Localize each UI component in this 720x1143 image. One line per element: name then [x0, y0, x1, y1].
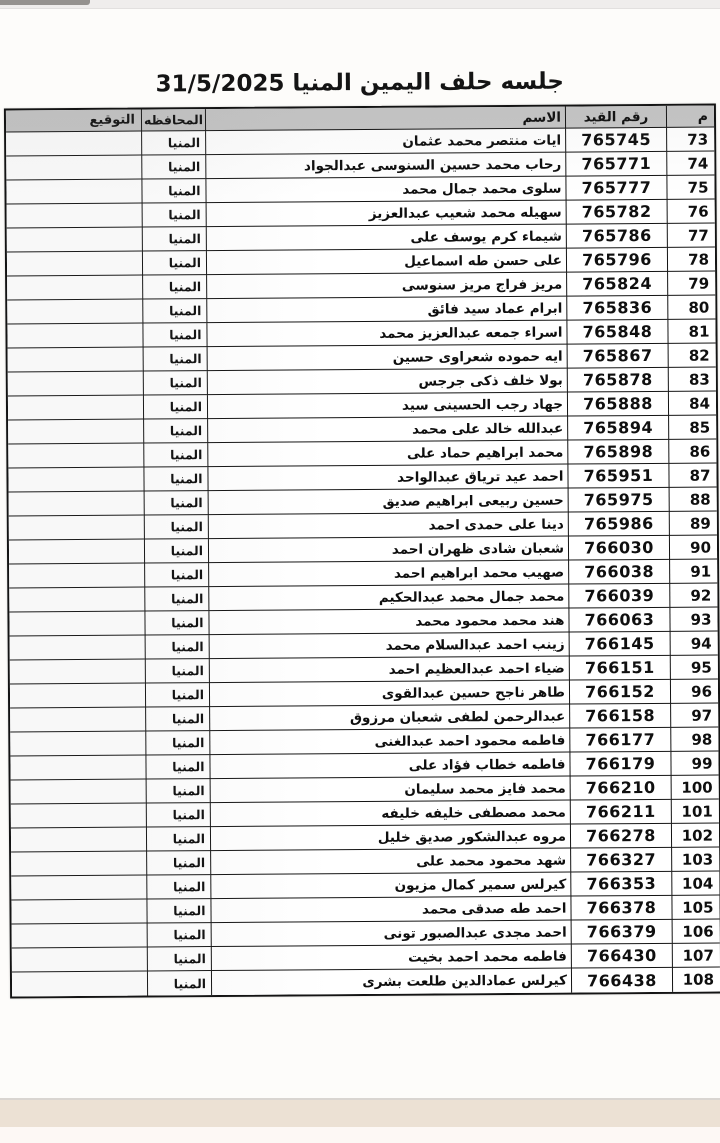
row-name: طاهر ناجح حسين عبدالقوى: [209, 681, 569, 708]
row-governorate: المنيا: [142, 299, 206, 323]
row-signature-cell: [11, 780, 146, 805]
row-governorate: المنيا: [144, 539, 208, 563]
row-name: صهيب محمد ابراهيم احمد: [208, 561, 568, 588]
row-reg-no: 766038: [568, 560, 669, 585]
row-governorate: المنيا: [145, 659, 209, 683]
scan-below-edge: [0, 1127, 720, 1143]
row-index: 84: [668, 392, 716, 416]
row-index: 86: [668, 440, 716, 464]
row-governorate: المنيا: [143, 419, 207, 443]
row-reg-no: 766210: [570, 776, 671, 801]
row-name: كيرلس عمادالدين طلعت بشرى: [211, 969, 571, 996]
row-index: 90: [669, 536, 717, 560]
row-reg-no: 766353: [570, 872, 671, 897]
row-governorate: المنيا: [142, 323, 206, 347]
row-name: عبدالرحمن لطفى شعبان مرزوق: [209, 705, 569, 732]
row-reg-no: 765786: [566, 224, 667, 249]
row-name: محمد مصطفى خليفه خليفه: [210, 801, 570, 828]
row-name: فاطمه محمود احمد عبدالغنى: [209, 729, 569, 756]
row-signature-cell: [9, 612, 144, 637]
row-reg-no: 765894: [567, 416, 668, 441]
row-reg-no: 765878: [567, 368, 668, 393]
row-reg-no: 766063: [568, 608, 669, 633]
row-name: جهاد رجب الحسينى سيد: [207, 393, 567, 420]
row-signature-cell: [10, 684, 145, 709]
row-index: 100: [671, 776, 719, 800]
table-row: 108 766438 كيرلس عمادالدين طلعت بشرى الم…: [12, 968, 720, 997]
row-reg-no: 766278: [570, 824, 671, 849]
table-body: 73 765745 ايات منتصر محمد عثمان المنيا 7…: [6, 128, 720, 997]
row-reg-no: 766379: [571, 920, 672, 945]
header-signature: التوقيع: [6, 110, 141, 133]
row-name: عبدالله خالد على محمد: [207, 417, 567, 444]
row-reg-no: 765888: [567, 392, 668, 417]
row-signature-cell: [6, 156, 141, 181]
row-governorate: المنيا: [146, 851, 210, 875]
row-name: ايه حموده شعراوى حسين: [207, 345, 567, 372]
attendance-table: م رقم القيد الاسم المحافظه التوقيع 73 76…: [4, 104, 720, 999]
row-reg-no: 765848: [566, 320, 667, 345]
row-index: 78: [667, 248, 715, 272]
row-name: فاطمه خطاب فؤاد على: [209, 753, 569, 780]
row-index: 102: [671, 824, 719, 848]
row-signature-cell: [8, 468, 143, 493]
row-name: مروه عبدالشكور صديق خليل: [210, 825, 570, 852]
row-index: 81: [667, 320, 715, 344]
row-governorate: المنيا: [147, 947, 211, 971]
row-governorate: المنيا: [143, 347, 207, 371]
row-index: 85: [668, 416, 716, 440]
row-name: شيماء كرم يوسف على: [206, 225, 566, 252]
row-reg-no: 766327: [570, 848, 671, 873]
row-name: احمد مجدى عبدالصبور تونى: [211, 921, 571, 948]
row-name: محمد جمال محمد عبدالحكيم: [208, 585, 568, 612]
row-reg-no: 765986: [568, 512, 669, 537]
row-index: 75: [666, 176, 714, 200]
row-signature-cell: [9, 564, 144, 589]
row-name: رحاب محمد حسين السنوسى عبدالجواد: [205, 153, 565, 180]
row-governorate: المنيا: [142, 251, 206, 275]
row-reg-no: 765796: [566, 248, 667, 273]
row-index: 104: [671, 872, 719, 896]
row-index: 79: [667, 272, 715, 296]
row-signature-cell: [12, 972, 147, 997]
row-reg-no: 766378: [570, 896, 671, 921]
row-governorate: المنيا: [145, 683, 209, 707]
row-signature-cell: [7, 276, 142, 301]
row-index: 94: [670, 632, 718, 656]
row-index: 88: [669, 488, 717, 512]
row-index: 96: [670, 680, 718, 704]
row-governorate: المنيا: [143, 443, 207, 467]
row-name: هند محمد محمود محمد: [208, 609, 568, 636]
row-index: 107: [672, 944, 720, 968]
row-reg-no: 765975: [568, 488, 669, 513]
row-index: 92: [669, 584, 717, 608]
row-index: 89: [669, 512, 717, 536]
row-governorate: المنيا: [141, 155, 205, 179]
row-index: 105: [671, 896, 719, 920]
row-index: 80: [667, 296, 715, 320]
row-signature-cell: [11, 852, 146, 877]
row-governorate: المنيا: [141, 179, 205, 203]
header-name: الاسم: [205, 107, 565, 132]
row-name: اسراء جمعه عبدالعزيز محمد: [206, 321, 566, 348]
row-reg-no: 765824: [566, 272, 667, 297]
row-reg-no: 765836: [566, 296, 667, 321]
row-index: 95: [670, 656, 718, 680]
row-name: كيرلس سمير كمال مزيون: [210, 873, 570, 900]
document-sheet: جلسه حلف اليمين المنيا 31/5/2025 م رقم ا…: [0, 0, 720, 998]
row-governorate: المنيا: [144, 611, 208, 635]
header-reg-no: رقم القيد: [565, 106, 666, 129]
row-governorate: المنيا: [145, 707, 209, 731]
row-reg-no: 766151: [569, 656, 670, 681]
row-name: ايات منتصر محمد عثمان: [205, 129, 565, 156]
row-index: 93: [669, 608, 717, 632]
row-name: شهد محمود محمد على: [210, 849, 570, 876]
row-index: 108: [672, 968, 720, 992]
row-signature-cell: [9, 588, 144, 613]
row-index: 101: [671, 800, 719, 824]
row-index: 77: [667, 224, 715, 248]
row-index: 74: [666, 152, 714, 176]
row-name: سهيله محمد شعيب عبدالعزيز: [206, 201, 566, 228]
row-governorate: المنيا: [141, 131, 205, 155]
row-index: 97: [670, 704, 718, 728]
row-signature-cell: [7, 228, 142, 253]
row-index: 87: [668, 464, 716, 488]
row-governorate: المنيا: [147, 971, 211, 995]
row-name: سلوى محمد جمال محمد: [205, 177, 565, 204]
row-name: حسين ربيعى ابراهيم صديق: [208, 489, 568, 516]
row-signature-cell: [9, 492, 144, 517]
row-governorate: المنيا: [146, 779, 210, 803]
header-governorate: المحافظه: [141, 109, 205, 131]
row-reg-no: 765898: [567, 440, 668, 465]
row-index: 83: [668, 368, 716, 392]
row-reg-no: 766039: [568, 584, 669, 609]
row-reg-no: 766030: [568, 536, 669, 561]
page-title: جلسه حلف اليمين المنيا 31/5/2025: [0, 67, 720, 98]
row-reg-no: 766145: [569, 632, 670, 657]
row-reg-no: 766158: [569, 704, 670, 729]
row-reg-no: 765771: [565, 152, 666, 177]
row-reg-no: 765782: [566, 200, 667, 225]
row-governorate: المنيا: [144, 563, 208, 587]
row-governorate: المنيا: [142, 203, 206, 227]
row-name: ضياء احمد عبدالعظيم احمد: [209, 657, 569, 684]
row-reg-no: 766430: [571, 944, 672, 969]
row-governorate: المنيا: [147, 923, 211, 947]
row-signature-cell: [9, 540, 144, 565]
row-signature-cell: [9, 516, 144, 541]
row-governorate: المنيا: [143, 467, 207, 491]
row-governorate: المنيا: [146, 827, 210, 851]
row-governorate: المنيا: [142, 275, 206, 299]
row-governorate: المنيا: [144, 515, 208, 539]
row-index: 98: [670, 728, 718, 752]
row-reg-no: 765777: [565, 176, 666, 201]
row-signature-cell: [11, 828, 146, 853]
row-governorate: المنيا: [145, 755, 209, 779]
row-name: دينا على حمدى احمد: [208, 513, 568, 540]
row-reg-no: 766438: [571, 968, 672, 993]
row-index: 103: [671, 848, 719, 872]
row-governorate: المنيا: [146, 899, 210, 923]
row-governorate: المنيا: [143, 371, 207, 395]
header-index: م: [666, 106, 714, 128]
row-name: محمد ابراهيم حماد على: [207, 441, 567, 468]
row-name: مريز فراج مريز سنوسى: [206, 273, 566, 300]
row-reg-no: 766179: [569, 752, 670, 777]
row-signature-cell: [11, 876, 146, 901]
row-governorate: المنيا: [146, 803, 210, 827]
scan-bottom-edge: [0, 1098, 720, 1129]
row-signature-cell: [8, 348, 143, 373]
row-governorate: المنيا: [144, 491, 208, 515]
row-name: ابرام عماد سيد فائق: [206, 297, 566, 324]
row-signature-cell: [10, 732, 145, 757]
row-governorate: المنيا: [143, 395, 207, 419]
row-governorate: المنيا: [144, 587, 208, 611]
row-signature-cell: [10, 636, 145, 661]
row-name: على حسن طه اسماعيل: [206, 249, 566, 276]
row-index: 82: [668, 344, 716, 368]
row-signature-cell: [7, 300, 142, 325]
row-reg-no: 766211: [570, 800, 671, 825]
row-name: فاطمه محمد احمد بخيت: [211, 945, 571, 972]
row-reg-no: 765745: [565, 128, 666, 153]
row-name: شعبان شادى ظهران احمد: [208, 537, 568, 564]
row-governorate: المنيا: [142, 227, 206, 251]
row-signature-cell: [10, 660, 145, 685]
row-name: احمد طه صدقى محمد: [210, 897, 570, 924]
row-signature-cell: [10, 708, 145, 733]
row-signature-cell: [12, 948, 147, 973]
row-index: 99: [670, 752, 718, 776]
row-signature-cell: [10, 756, 145, 781]
row-signature-cell: [7, 252, 142, 277]
row-reg-no: 765867: [567, 344, 668, 369]
row-signature-cell: [11, 900, 146, 925]
row-name: زينب احمد عبدالسلام محمد: [209, 633, 569, 660]
row-signature-cell: [7, 324, 142, 349]
row-signature-cell: [7, 204, 142, 229]
row-index: 106: [672, 920, 720, 944]
row-signature-cell: [8, 372, 143, 397]
row-signature-cell: [8, 444, 143, 469]
row-index: 91: [669, 560, 717, 584]
row-reg-no: 766177: [569, 728, 670, 753]
row-reg-no: 766152: [569, 680, 670, 705]
row-reg-no: 765951: [567, 464, 668, 489]
row-signature-cell: [6, 180, 141, 205]
row-name: بولا خلف ذكى جرجس: [207, 369, 567, 396]
row-signature-cell: [6, 132, 141, 157]
row-index: 76: [667, 200, 715, 224]
row-name: محمد فايز محمد سليمان: [210, 777, 570, 804]
row-name: احمد عيد ترياق عبدالواحد: [207, 465, 567, 492]
row-signature-cell: [8, 420, 143, 445]
row-governorate: المنيا: [146, 875, 210, 899]
row-governorate: المنيا: [145, 731, 209, 755]
row-index: 73: [666, 128, 714, 152]
row-governorate: المنيا: [145, 635, 209, 659]
row-signature-cell: [12, 924, 147, 949]
row-signature-cell: [8, 396, 143, 421]
row-signature-cell: [11, 804, 146, 829]
